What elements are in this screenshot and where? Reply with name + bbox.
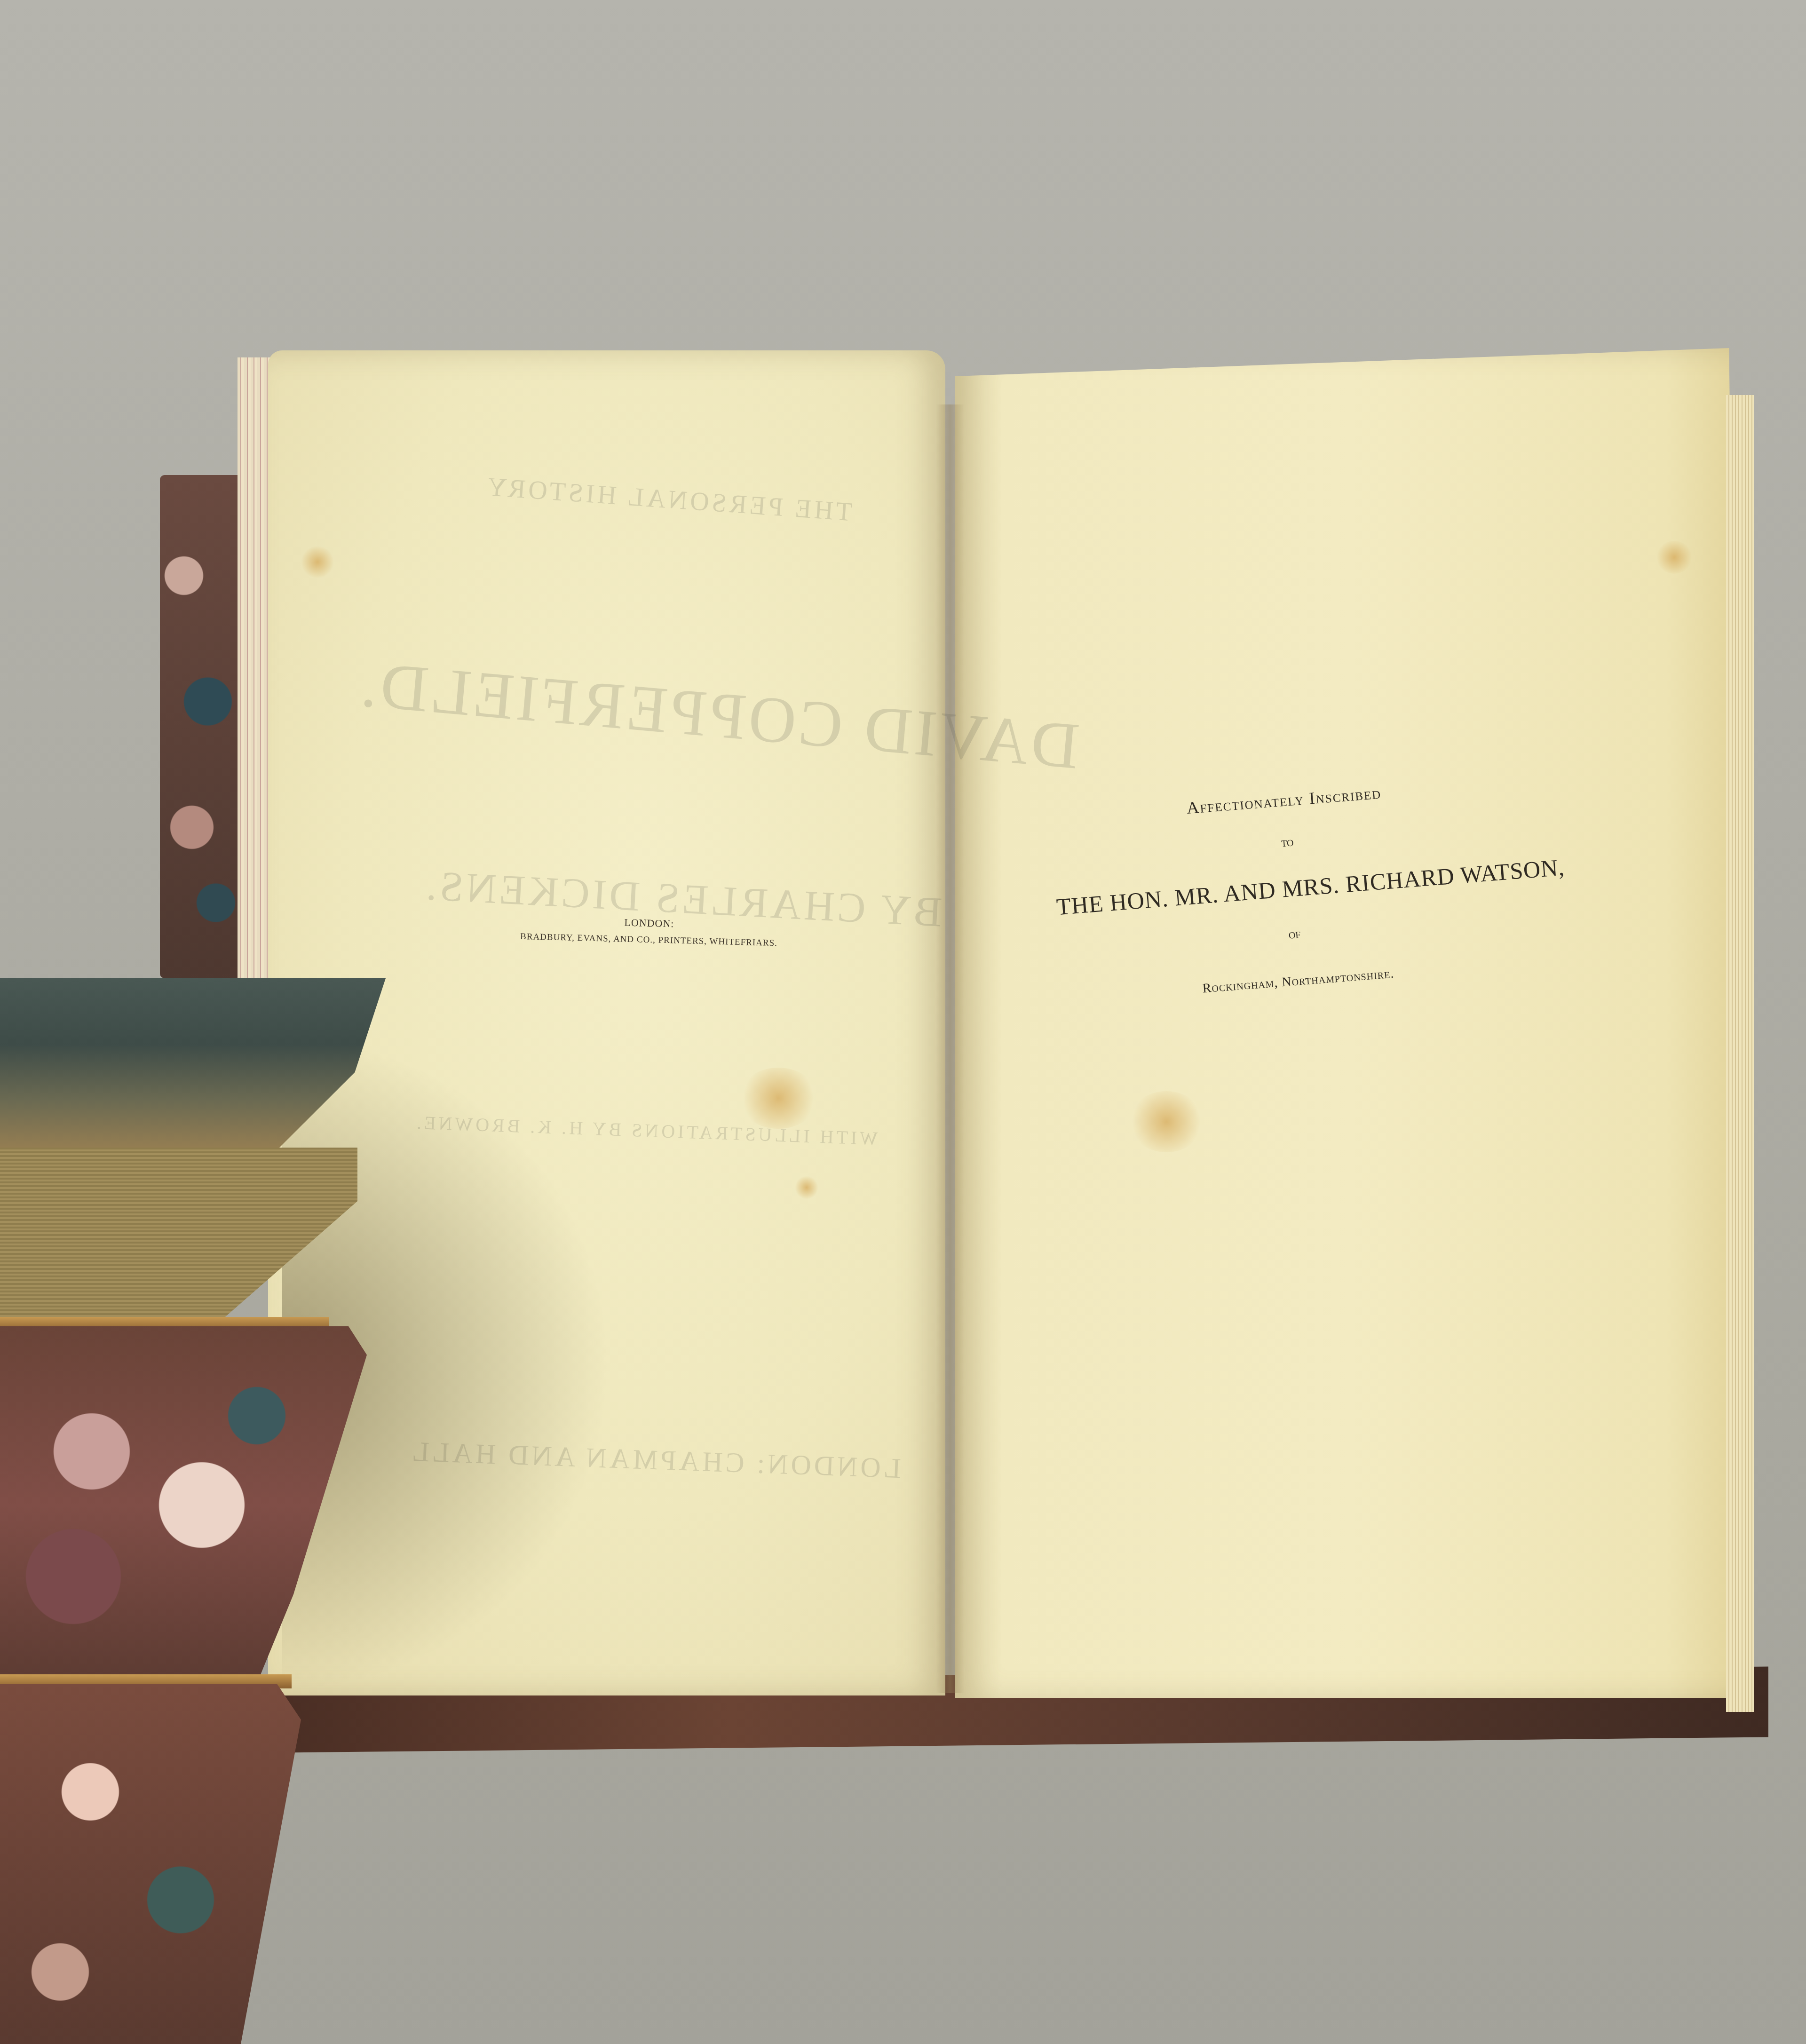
foxing-spot [301,546,334,578]
stacked-book-middle [0,1326,367,1684]
photo-scene: THE PERSONAL HISTORY DAVID COPPERFIELD. … [0,0,1806,2044]
foxing-spot [738,1068,818,1129]
dedication-names: THE HON. MR. AND MRS. RICHARD WATSON, [1055,856,1526,920]
foxing-spot [1129,1091,1204,1152]
dedication-of: OF [1060,912,1529,959]
gilt-page-edges [0,1148,357,1326]
book-stack [0,969,386,2044]
marbled-spine [160,475,240,978]
stacked-book-bottom [0,1684,301,2044]
foxing-spot [1655,541,1693,574]
dedication-to: TO [1053,820,1522,867]
right-page [955,348,1745,1698]
dedication: Affectionately Inscribed TO THE HON. MR.… [1049,772,1533,1007]
book-gutter [936,404,964,1693]
foxing-spot [795,1176,818,1199]
page-edges-right [1726,395,1754,1712]
stacked-book-top [0,969,386,1157]
